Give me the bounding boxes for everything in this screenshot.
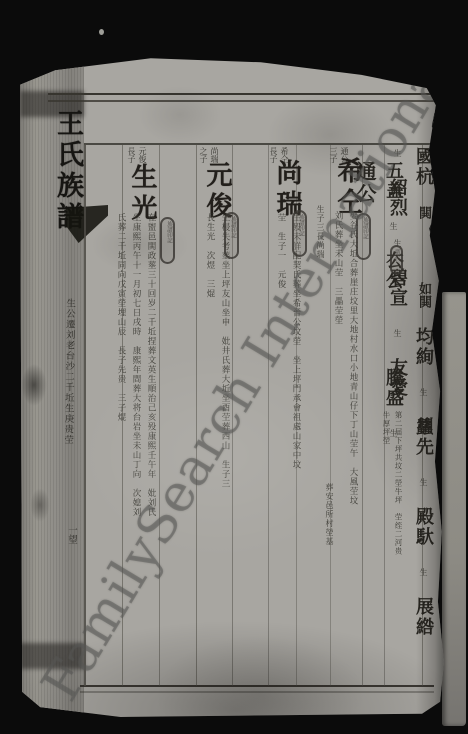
lineage-left-note: 第二届下坪共坟二塋牛坪 茔绖二河贵牛厚坪塋 xyxy=(374,411,404,561)
entry-details: 在盥邑閧政塟三十回岁二千坵捏葬文英生順治己亥殁康熙壬午年 妣刘氏生康熙丙午十一月… xyxy=(104,213,158,518)
sheng-marker: 生 xyxy=(418,478,429,486)
lineage-name: 蠿先 xyxy=(410,417,436,457)
column-rule xyxy=(84,144,86,686)
lineage-name: 閧 xyxy=(414,206,433,219)
sheng-marker: 生 xyxy=(388,222,399,230)
entry-footer-note: 葬安邑所村塋基 xyxy=(324,483,335,571)
paper-speck xyxy=(99,29,104,35)
spine-dark-band xyxy=(20,643,84,669)
entry-details: 生梫失考塟坐上坪友山坐申 妣井氏葬大坵坐酉茔葬西山 生子三 長生光 次煜 三焜 xyxy=(176,213,232,503)
seal-stamp: 譜記 xyxy=(390,245,403,275)
lineage-name: 國杭 xyxy=(410,147,436,187)
sheng-marker: 生 xyxy=(392,149,403,157)
leaf-number: 一望 xyxy=(64,525,78,561)
spine-margin-note: 生公遷刘老台沙二千坵生庚贵茔 xyxy=(60,298,76,468)
seal-stamp: 族譜印記 xyxy=(356,213,371,260)
seal-stamp: 族譜印記 xyxy=(160,217,175,264)
frame-top-rule xyxy=(84,143,432,145)
sheng-marker: 生 xyxy=(418,568,429,576)
lineage-name: 均絢 xyxy=(410,327,436,367)
frame-bottom-rule xyxy=(80,685,434,687)
lineage-chain-right: 國杭 閧 如閧 均絢 生 蠿先 生 殿馱 生 展綹 生 紹烈 生 碧宣 生 友愛 xyxy=(410,147,436,652)
seal-stamp: 族譜印記 xyxy=(224,212,239,259)
underleaf-edge xyxy=(442,292,466,726)
sheng-marker: 生 xyxy=(418,388,429,396)
genealogy-page: 王氏族譜 生公遷刘老台沙二千坵生庚贵茔 一望 國杭 閧 如閧 均絢 生 蠿先 生… xyxy=(20,55,450,717)
top-double-rule xyxy=(48,93,444,95)
lineage-name: 五盖 xyxy=(380,161,406,201)
scanned-genealogy-photo: 王氏族譜 生公遷刘老台沙二千坵生庚贵茔 一望 國杭 閧 如閧 均絢 生 蠿先 生… xyxy=(0,0,468,734)
lineage-name: 殿馱 xyxy=(410,507,436,547)
entry-details: 娶谷氏大坵合葬崖庄坟里大地村水口小地青山仔下丁山茔午 大風茔坟刘氏葬坐未山茔 三… xyxy=(306,211,360,511)
seal-stamp: 族譜印記 xyxy=(292,210,307,257)
lineage-name: 展綹 xyxy=(410,597,436,637)
lineage-name: 騰盛 xyxy=(380,368,406,408)
lineage-name: 如閧 xyxy=(414,282,433,308)
